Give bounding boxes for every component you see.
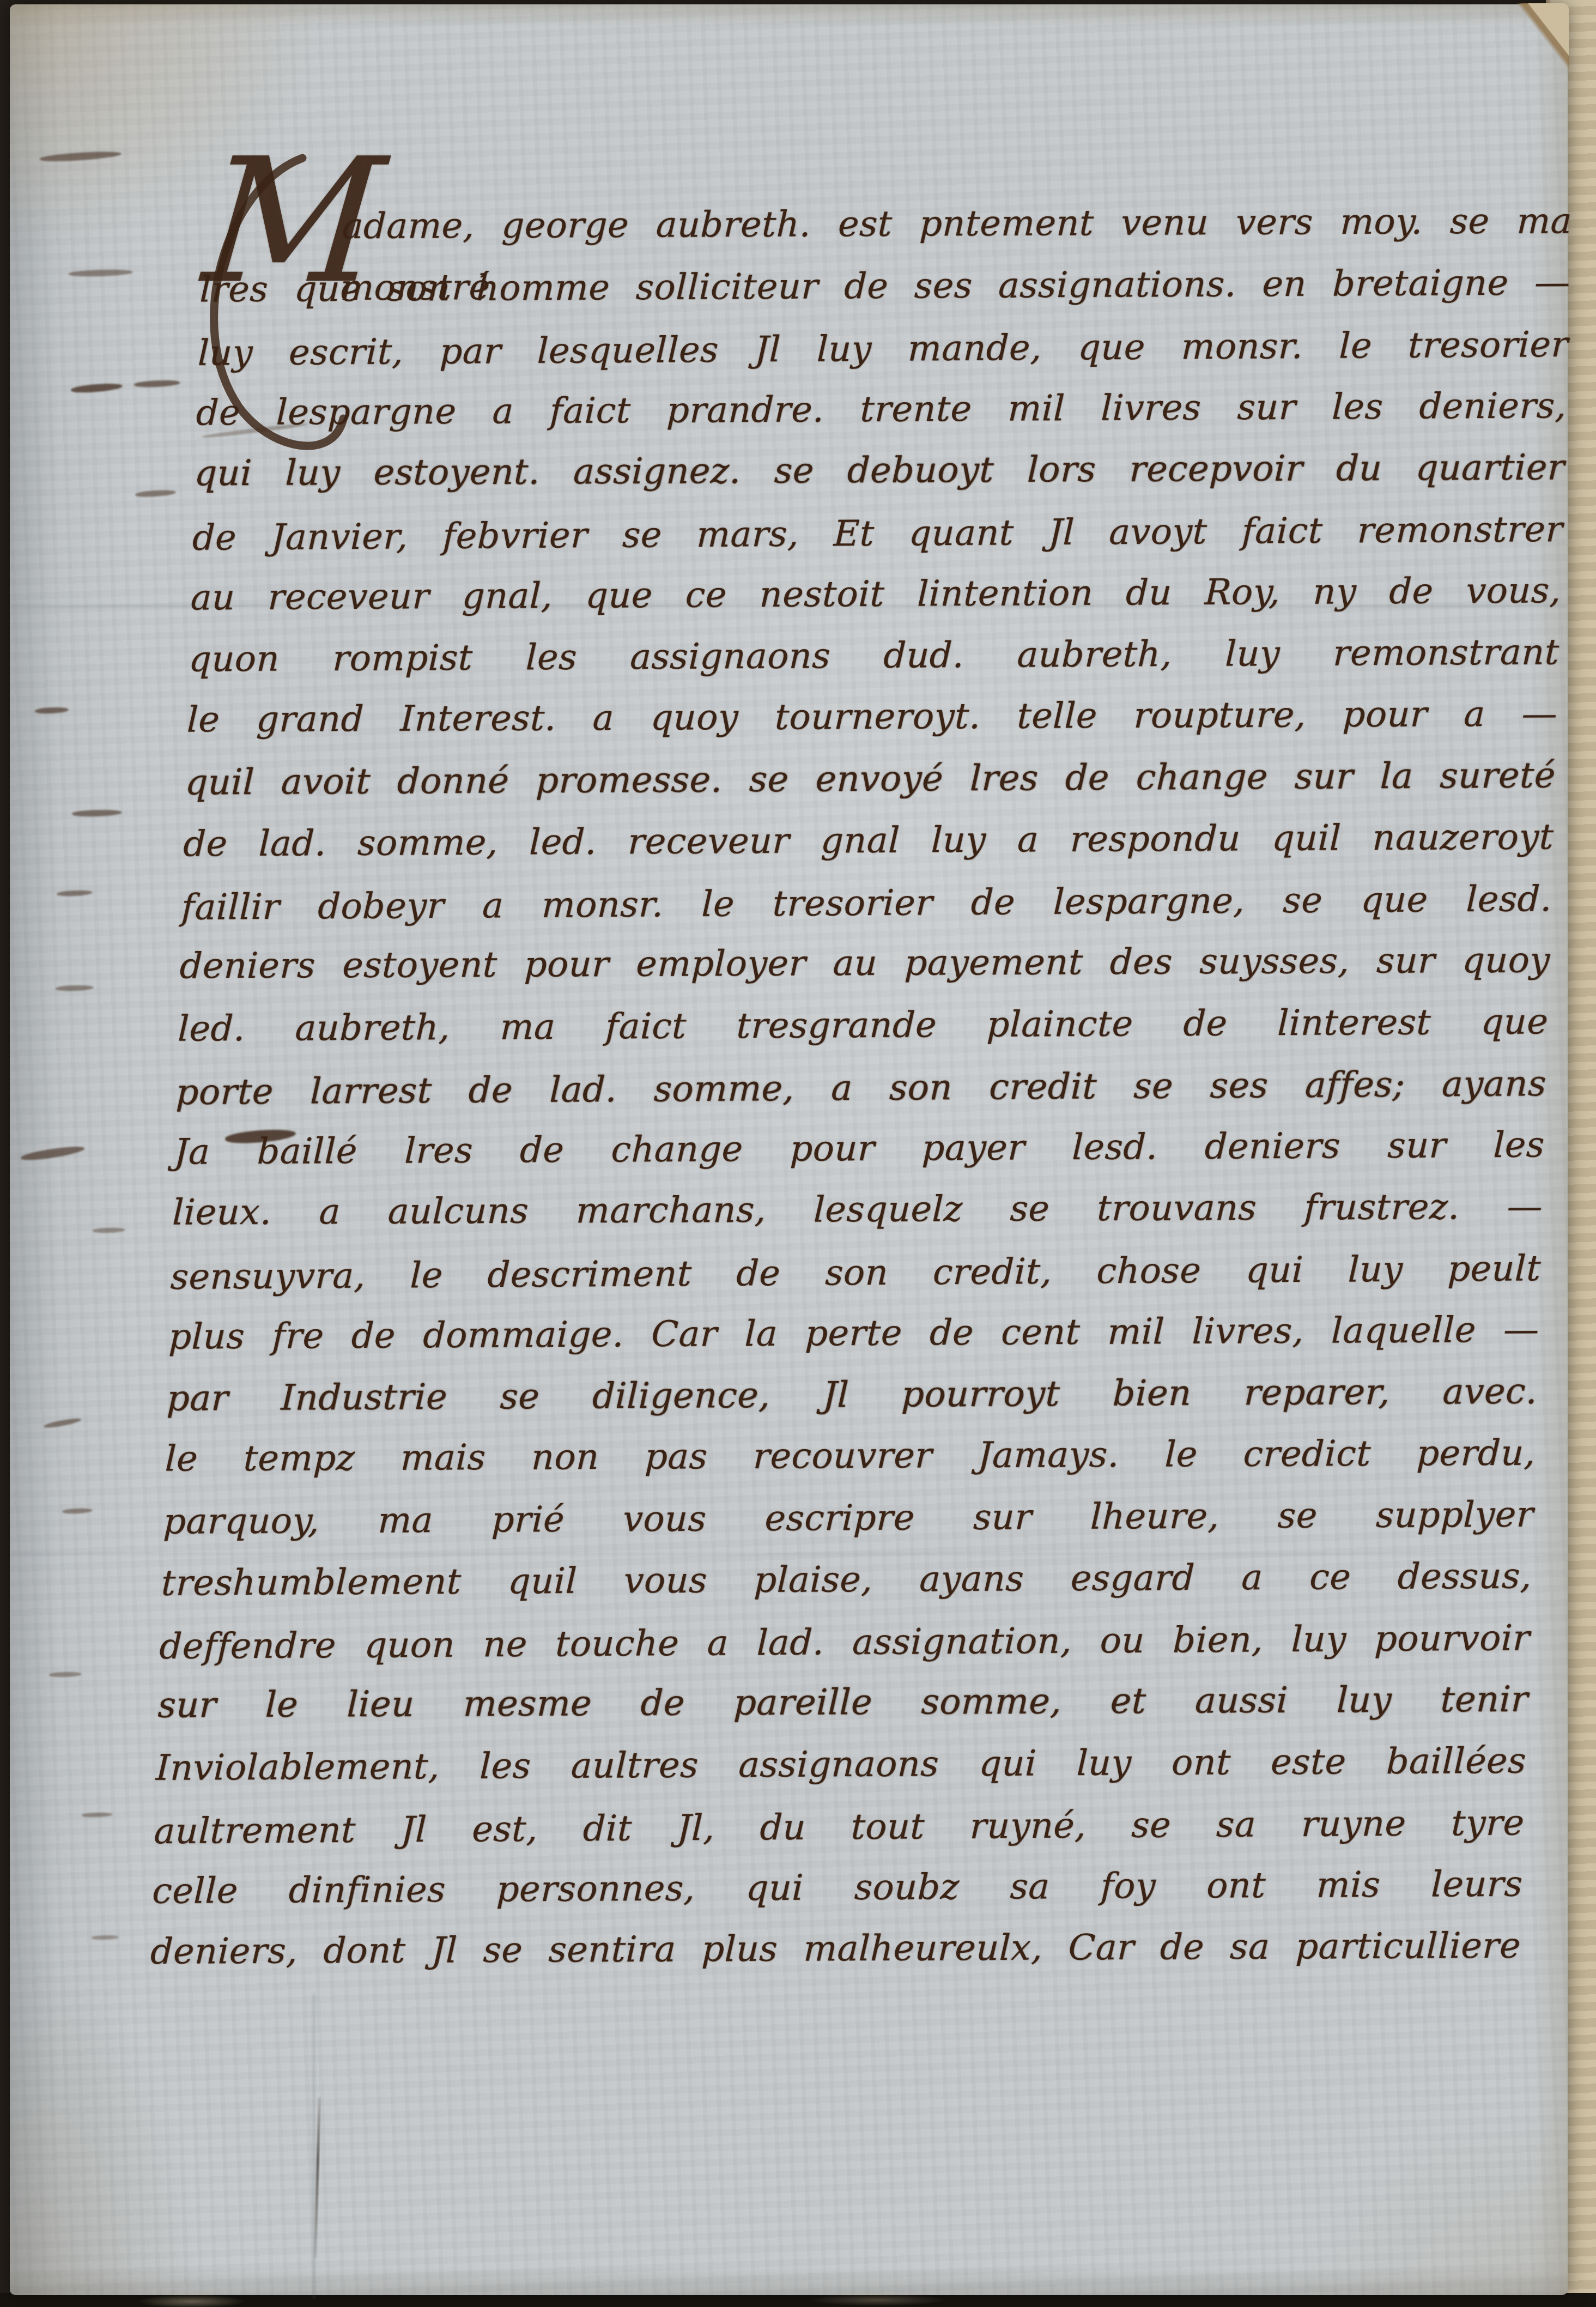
- manuscript-line: treshumblement quil vous plaise, ayans e…: [161, 1546, 1533, 1614]
- ink-smudge: [56, 985, 94, 991]
- manuscript-line: de lad. somme, led. receveur gnal luy a …: [183, 806, 1555, 875]
- manuscript-line: parquoy, ma prié vous escripre sur lheur…: [162, 1484, 1534, 1553]
- manuscript-line: Inviolablement, les aultres assignaons q…: [155, 1730, 1527, 1799]
- manuscript-line: sensuyvra, le descriment de son credit, …: [169, 1238, 1542, 1308]
- photo-backing: M adame, george aubreth. est pntement ve…: [0, 0, 1596, 2307]
- manuscript-line: aultrement Jl est, dit Jl, du tout ruyné…: [153, 1792, 1525, 1862]
- manuscript-line: porte larrest de lad. somme, a son credi…: [175, 1053, 1547, 1123]
- manuscript-line: deffendre quon ne touche a lad. assignat…: [159, 1607, 1531, 1678]
- manuscript-line: le tempz mais non pas recouvrer Jamays. …: [164, 1422, 1536, 1490]
- ink-smudge: [92, 1935, 119, 1940]
- manuscript-line: led. aubreth, ma faict tresgrande plainc…: [177, 991, 1549, 1059]
- ink-smudge: [82, 1812, 112, 1818]
- manuscript-line: Ja baillé lres de change pour payer lesd…: [173, 1114, 1545, 1183]
- ink-smudge: [35, 706, 69, 714]
- manuscript-line: qui luy estoyent. assignez. se debuoyt l…: [193, 437, 1565, 504]
- manuscript-line: quil avoit donné promesse. se envoyé lre…: [184, 744, 1556, 813]
- ink-smudge: [72, 809, 122, 817]
- manuscript-text: adame, george aubreth. est pntement venu…: [149, 190, 1573, 1984]
- manuscript-line: au receveur gnal, que ce nestoit lintent…: [190, 560, 1562, 628]
- ink-smudge: [93, 1227, 125, 1233]
- ink-smudge: [49, 1672, 82, 1678]
- ink-smudge: [71, 382, 123, 394]
- ink-smudge: [62, 1508, 93, 1515]
- manuscript-line: le grand Interest. a quoy tourneroyt. te…: [186, 683, 1558, 750]
- ink-smudge: [44, 1416, 82, 1429]
- manuscript-line: plus fre de dommaige. Car la perte de ce…: [168, 1299, 1540, 1367]
- paper-sheet: M adame, george aubreth. est pntement ve…: [10, 4, 1568, 2295]
- manuscript-line: quon rompist les assignaons dud. aubreth…: [188, 621, 1560, 690]
- ink-smudge: [135, 489, 177, 498]
- ink-smudge: [57, 889, 93, 897]
- ink-smudge: [20, 1144, 85, 1162]
- manuscript-line: par Industrie se diligence, Jl pourroyt …: [166, 1361, 1538, 1430]
- manuscript-line: lieux. a aulcuns marchans, lesquelz se t…: [172, 1176, 1544, 1244]
- manuscript-line: de Janvier, febvrier se mars, Et quant J…: [191, 499, 1563, 569]
- manuscript-line: sur le lieu mesme de pareille somme, et …: [157, 1669, 1529, 1736]
- manuscript-line: luy escrit, par lesquelles Jl luy mande,…: [197, 314, 1569, 384]
- manuscript-line: deniers, dont Jl se sentira plus malheur…: [149, 1915, 1521, 1983]
- ink-smudge: [134, 379, 181, 388]
- manuscript-line: faillir dobeyr a monsr. le tresorier de …: [180, 868, 1552, 938]
- manuscript-line: deniers estoyent pour employer au payeme…: [179, 929, 1551, 997]
- manuscript-line: celle dinfinies personnes, qui soubz sa …: [151, 1854, 1524, 1922]
- manuscript-line: adame, george aubreth. est pntement venu…: [201, 190, 1573, 258]
- ink-smudge: [40, 150, 122, 163]
- manuscript-line: de lespargne a faict prandre. trente mil…: [195, 375, 1567, 444]
- ink-smudge: [69, 269, 133, 277]
